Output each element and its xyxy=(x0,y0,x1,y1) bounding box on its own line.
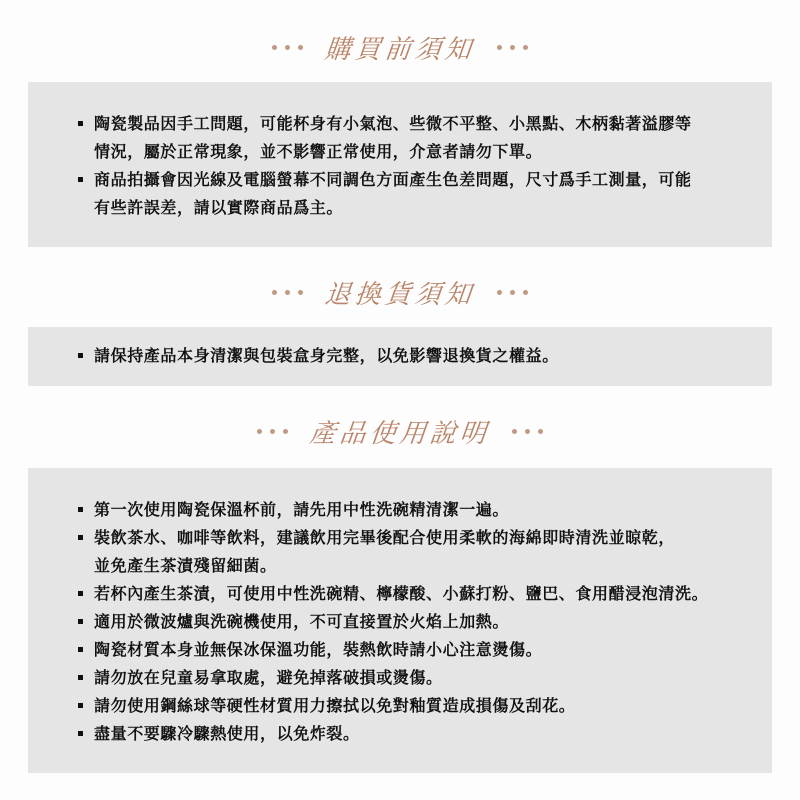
dots-decoration-left xyxy=(257,429,288,434)
list-item: 請保持產品本身清潔與包裝盒身完整，以免影響退換貨之權益。 xyxy=(78,342,772,370)
list-item: 盡量不要驟冷驟熱使用，以免炸裂。 xyxy=(78,720,772,748)
bullet-icon xyxy=(78,703,83,708)
dots-decoration-left xyxy=(272,290,303,295)
bullet-icon xyxy=(78,507,83,512)
section-title: 退換貨須知 xyxy=(323,274,477,311)
bullet-icon xyxy=(78,121,83,126)
list-item: 第一次使用陶瓷保溫杯前，請先用中性洗碗精清潔一遍。 xyxy=(78,496,772,524)
bullet-icon xyxy=(78,535,83,540)
dots-decoration-right xyxy=(497,45,528,50)
list-item: 裝飲茶水、咖啡等飲料，建議飲用完畢後配合使用柔軟的海綿即時清洗並晾乾， 並免產生… xyxy=(78,524,772,580)
section-heading-before-purchase: 購買前須知 xyxy=(0,22,800,72)
list-item: 適用於微波爐與洗碗機使用，不可直接置於火焰上加熱。 xyxy=(78,608,772,636)
bullet-icon xyxy=(78,647,83,652)
bullet-icon xyxy=(78,591,83,596)
list-item: 請勿使用鋼絲球等硬性材質用力擦拭以免對釉質造成損傷及刮花。 xyxy=(78,692,772,720)
section-title: 購買前須知 xyxy=(323,29,477,66)
dots-decoration-left xyxy=(272,45,303,50)
section-title: 產品使用說明 xyxy=(308,413,492,450)
bullet-icon xyxy=(78,177,83,182)
dots-decoration-right xyxy=(497,290,528,295)
notice-box-usage: 第一次使用陶瓷保溫杯前，請先用中性洗碗精清潔一遍。 裝飲茶水、咖啡等飲料，建議飲… xyxy=(28,468,772,773)
notice-box-before-purchase: 陶瓷製品因手工問題，可能杯身有小氣泡、些微不平整、小黑點、木柄黏著溢膠等 情況，… xyxy=(28,82,772,247)
list-item: 陶瓷材質本身並無保冰保溫功能，裝熱飲時請小心注意燙傷。 xyxy=(78,636,772,664)
section-heading-returns: 退換貨須知 xyxy=(0,267,800,317)
bullet-icon xyxy=(78,731,83,736)
bullet-icon xyxy=(78,619,83,624)
list-item: 請勿放在兒童易拿取處，避免掉落破損或燙傷。 xyxy=(78,664,772,692)
dots-decoration-right xyxy=(512,429,543,434)
list-item: 陶瓷製品因手工問題，可能杯身有小氣泡、些微不平整、小黑點、木柄黏著溢膠等 情況，… xyxy=(78,110,772,166)
list-item: 若杯內產生茶漬，可使用中性洗碗精、檸檬酸、小蘇打粉、鹽巴、食用醋浸泡清洗。 xyxy=(78,580,772,608)
list-item: 商品拍攝會因光線及電腦螢幕不同調色方面產生色差問題，尺寸爲手工測量，可能 有些許… xyxy=(78,166,772,222)
section-heading-usage: 產品使用說明 xyxy=(0,406,800,456)
bullet-icon xyxy=(78,675,83,680)
notice-box-returns: 請保持產品本身清潔與包裝盒身完整，以免影響退換貨之權益。 xyxy=(28,327,772,386)
bullet-icon xyxy=(78,353,83,358)
